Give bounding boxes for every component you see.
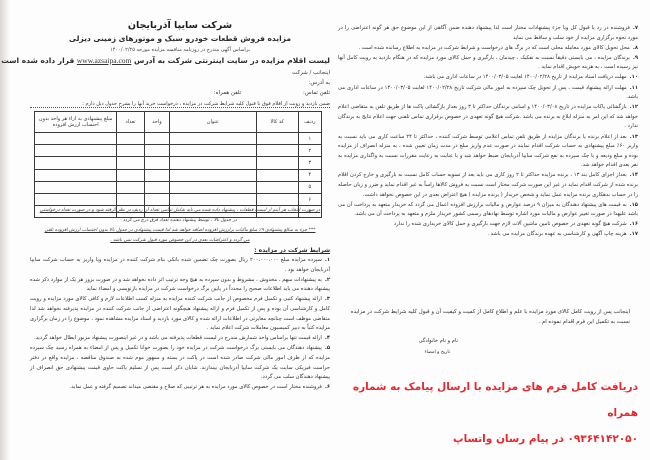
price-cell[interactable] bbox=[35, 133, 117, 145]
request-statement: ضمن بازدید و رویت از اقلام فوق با قبول ک… bbox=[30, 101, 330, 108]
condition-item: ۱۱.مهلت ارائه پیشنهاد قیمت ، پس از تحویل… bbox=[338, 84, 638, 103]
title-cell[interactable] bbox=[170, 169, 257, 181]
price-cell[interactable] bbox=[35, 169, 117, 181]
title-cell[interactable] bbox=[170, 133, 257, 145]
condition-item: ۵.پیشنهاد دهندگان می بایستی برگ درخواست … bbox=[30, 344, 330, 382]
table-row: ۲ bbox=[35, 145, 322, 157]
cta-line2-suffix: در پیام رسان واتساپ bbox=[453, 433, 564, 445]
condition-item: ۹.برندگان مزایده ، می بایستی دقیقاً نسبت… bbox=[338, 54, 638, 73]
col-offered-price: مبلغ پیشنهادی به ازاء هر واحد بدون احتسا… bbox=[35, 112, 117, 133]
condition-item: ۱۶.شرکت هیچ گونه تعهدی در خصوص تامین ماش… bbox=[338, 220, 638, 230]
item-code-cell[interactable] bbox=[256, 169, 298, 181]
unit-cell[interactable] bbox=[144, 181, 169, 193]
price-cell[interactable] bbox=[35, 145, 117, 157]
item-code-cell[interactable] bbox=[256, 145, 298, 157]
vat-note: *** جزء به مبالغ پیشنهادی ۹٪ مبلغ مالیات… bbox=[30, 226, 330, 246]
scan-shadow-edge bbox=[0, 0, 10, 460]
website-link[interactable]: www.azsaipa.com bbox=[77, 56, 132, 65]
declaration-text: اینجانب پس از رویت کامل کالای مورد مزاید… bbox=[340, 307, 630, 327]
condition-item: ۱۰.مهلت دریافت اسناد مزایده از تاریخ ۱۴۰… bbox=[338, 73, 638, 83]
price-cell[interactable] bbox=[35, 193, 117, 205]
condition-item: ۱۷.هزینه چاپ آگهی و کارشناسی به عهده برن… bbox=[338, 230, 638, 240]
title-cell[interactable] bbox=[170, 193, 257, 205]
quantity-note-line2: در جدول بالا ، توسط پیشنهاد دهنده تعداد … bbox=[30, 216, 330, 226]
quantity-cell[interactable] bbox=[117, 145, 144, 157]
item-code-cell[interactable] bbox=[256, 181, 298, 193]
condition-item: ۴.ارائه قیمت تنها براساس واحد شمارش مندر… bbox=[30, 334, 330, 344]
table-row: ۴ bbox=[35, 169, 322, 181]
phone-fields: تلفن تماس: تلفن همراه: bbox=[214, 90, 330, 96]
contact-call-to-action: دریافت کامل فرم های مزایده با ارسال پیام… bbox=[338, 374, 638, 452]
document-page: شرکت سایپا آذربایجان مزایده فروش قطعات خ… bbox=[0, 0, 650, 460]
unit-cell[interactable] bbox=[144, 169, 169, 181]
date-signature-label[interactable]: تاریخ و امضاء bbox=[424, 350, 450, 355]
quantity-cell[interactable] bbox=[117, 193, 144, 205]
unit-cell[interactable] bbox=[144, 157, 169, 169]
row-number: ۲ bbox=[298, 145, 321, 157]
vat-note-line1: *** جزء به مبالغ پیشنهادی ۹٪ مبلغ مالیات… bbox=[30, 226, 330, 236]
mobile-field[interactable]: تلفن همراه: bbox=[214, 90, 241, 96]
table-row: ۱ bbox=[35, 133, 322, 145]
condition-item: ۱۵.به قیمت های پیشنهاد دهندگان به میزان … bbox=[338, 201, 638, 220]
title-cell[interactable] bbox=[170, 145, 257, 157]
condition-item: ۱۲.بازگشائی پاکات مزایده در تاریخ ۱۴۰۰/۰… bbox=[338, 103, 638, 132]
unit-cell[interactable] bbox=[144, 145, 169, 157]
row-number: ۱ bbox=[298, 133, 321, 145]
table-row: ۵ bbox=[35, 181, 322, 193]
quantity-cell[interactable] bbox=[117, 133, 144, 145]
col-quantity: تعداد bbox=[117, 112, 144, 133]
applicant-field[interactable]: اینجانب / شرکت bbox=[292, 70, 330, 76]
price-cell[interactable] bbox=[35, 181, 117, 193]
conditions-title: شرایط شرکت در مزایده : bbox=[254, 247, 330, 254]
row-number: ۳ bbox=[298, 157, 321, 169]
quantity-note-line1: در صورت انتخاب هر آیتم از لیست قطعات ، پ… bbox=[30, 206, 330, 216]
condition-item: ۱۳.بعد از اعلام برنده یا برندگان مزایده … bbox=[338, 133, 638, 171]
address-field[interactable]: به آدرس: bbox=[309, 80, 330, 86]
cta-line2: ۰۹۳۶۴۱۴۲۰۵۰ در پیام رسان واتساپ bbox=[338, 426, 638, 452]
price-cell[interactable] bbox=[35, 157, 117, 169]
table-row: ۶ bbox=[35, 193, 322, 205]
ad-note: براساس آگهی مندرج در روزنامه منافسه مزای… bbox=[30, 47, 330, 53]
quantity-cell[interactable] bbox=[117, 181, 144, 193]
conditions-list-part1: ۱.سپرده مزایده مبلغ ۲۰۰،۰۰۰،۰۰۰ ریال بصو… bbox=[30, 256, 330, 393]
table-header-row: ردیف کد کالا عنوان واحد تعداد مبلغ پیشنه… bbox=[35, 112, 322, 133]
row-number: ۵ bbox=[298, 181, 321, 193]
full-name-label[interactable]: نام و نام خانوادگی bbox=[419, 338, 458, 344]
item-code-cell[interactable] bbox=[256, 193, 298, 205]
row-number: ۶ bbox=[298, 193, 321, 205]
phone-field[interactable]: تلفن تماس: bbox=[303, 90, 330, 96]
condition-item: ۷.فروشنده در رد یا قبول کل ویا جزء پیشنه… bbox=[338, 24, 638, 43]
vat-note-line2: می گردد و اعتراضات بعدی در این خصوص مورد… bbox=[30, 236, 330, 246]
title-cell[interactable] bbox=[170, 181, 257, 193]
phone-number[interactable]: ۰۹۳۶۴۱۴۲۰۵۰ bbox=[568, 433, 639, 445]
condition-item: ۱۴.بعداز اجرای کامل بند ۱۳ ، برنده مزاید… bbox=[338, 171, 638, 200]
item-code-cell[interactable] bbox=[256, 133, 298, 145]
unit-cell[interactable] bbox=[144, 193, 169, 205]
title-cell[interactable] bbox=[170, 157, 257, 169]
unit-cell[interactable] bbox=[144, 133, 169, 145]
col-row-number: ردیف bbox=[298, 112, 321, 133]
condition-item: ۳.ارائه پیشنهاد کتبی و تکمیل فرم مخصوص ا… bbox=[30, 295, 330, 333]
company-name: شرکت سایپا آذربایجان bbox=[30, 20, 330, 31]
auction-subtitle: مزایده فروش قطعات خودرو سبک و موتورهای ز… bbox=[30, 34, 330, 43]
right-column: ۷.فروشنده در رد یا قبول کل ویا جزء پیشنه… bbox=[338, 0, 638, 460]
col-title: عنوان bbox=[170, 112, 257, 133]
col-unit: واحد bbox=[144, 112, 169, 133]
quantity-cell[interactable] bbox=[117, 157, 144, 169]
item-code-cell[interactable] bbox=[256, 157, 298, 169]
items-table: ردیف کد کالا عنوان واحد تعداد مبلغ پیشنه… bbox=[34, 111, 322, 218]
list-prefix: لیست اقلام مزایده در سایت اینترنتی شرکت … bbox=[134, 56, 330, 65]
condition-item: ۶.فروشنده مختار است در خصوص کالای مورد م… bbox=[30, 383, 330, 393]
row-number: ۴ bbox=[298, 169, 321, 181]
quantity-note: در صورت انتخاب هر آیتم از لیست قطعات ، پ… bbox=[30, 206, 330, 226]
list-line: لیست اقلام مزایده در سایت اینترنتی شرکت … bbox=[30, 56, 330, 65]
left-column: شرکت سایپا آذربایجان مزایده فروش قطعات خ… bbox=[30, 0, 330, 460]
quantity-cell[interactable] bbox=[117, 169, 144, 181]
conditions-list-part2: ۷.فروشنده در رد یا قبول کل ویا جزء پیشنه… bbox=[338, 24, 638, 241]
condition-item: ۱.سپرده مزایده مبلغ ۲۰۰،۰۰۰،۰۰۰ ریال بصو… bbox=[30, 256, 330, 275]
list-suffix: قرار داده شده است bbox=[1, 56, 74, 65]
table-row: ۳ bbox=[35, 157, 322, 169]
col-item-code: کد کالا bbox=[256, 112, 298, 133]
condition-item: ۲.به پیشنهادات مبهم ، مخدوش ، مشروط و بد… bbox=[30, 276, 330, 295]
condition-item: ۸.محل تحویل کالای مورد معامله محلی است ک… bbox=[338, 44, 638, 54]
cta-line1: دریافت کامل فرم های مزایده با ارسال پیام… bbox=[338, 374, 638, 426]
